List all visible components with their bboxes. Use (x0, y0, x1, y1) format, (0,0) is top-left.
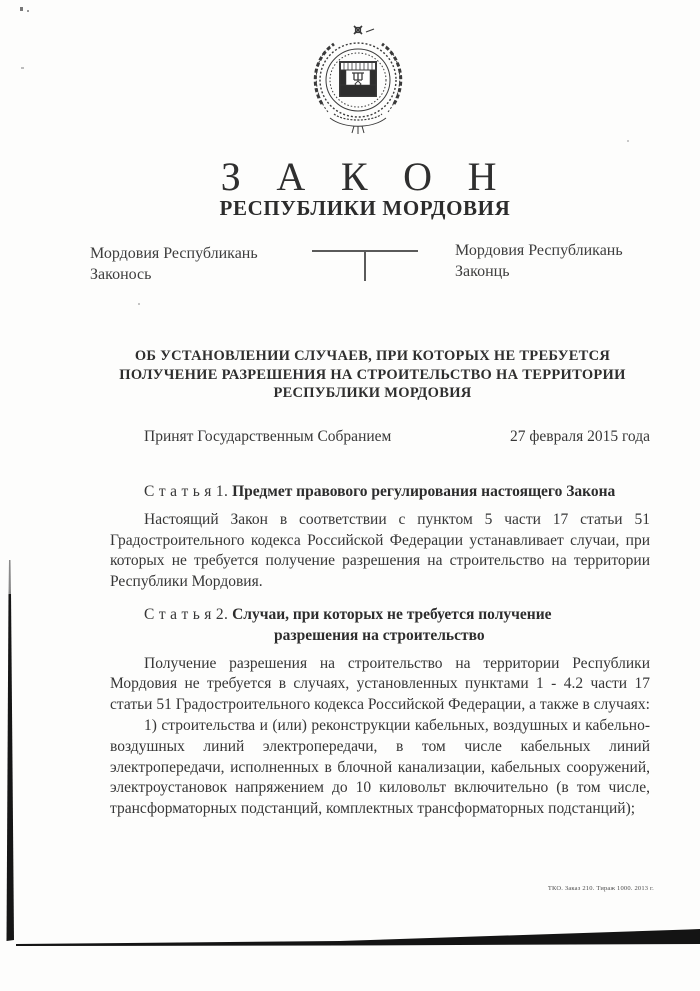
title-erzya-line1: Мордовия Республикань (90, 243, 258, 264)
header-divider-vertical (364, 251, 366, 281)
article-2-label: С т а т ь я 2. (144, 606, 228, 623)
scanned-law-document: З А К О Н РЕСПУБЛИКИ МОРДОВИЯ Мордовия Р… (0, 0, 700, 991)
law-title: ОБ УСТАНОВЛЕНИИ СЛУЧАЕВ, ПРИ КОТОРЫХ НЕ … (100, 347, 645, 403)
title-moksha-line1: Мордовия Республикань (455, 240, 623, 261)
title-erzya-line2: Законось (90, 264, 258, 285)
document-heading-republic: РЕСПУБЛИКИ МОРДОВИЯ (60, 196, 670, 221)
title-erzya: Мордовия Республикань Законось (90, 243, 258, 285)
print-order-note: ТКО. Заказ 210. Тираж 1000. 2013 г. (548, 885, 654, 892)
title-moksha: Мордовия Республикань Законць (455, 240, 623, 282)
document-body: С т а т ь я 1. Предмет правового регулир… (110, 482, 650, 820)
law-title-line2: ПОЛУЧЕНИЕ РАЗРЕШЕНИЯ НА СТРОИТЕЛЬСТВО НА… (100, 366, 645, 385)
article-2-title-line1: Случаи, при которых не требуется получен… (232, 606, 551, 623)
adoption-date: 27 февраля 2015 года (510, 428, 650, 446)
article-2-item-1: 1) строительства и (или) реконструкции к… (110, 716, 650, 820)
title-moksha-line2: Законць (455, 261, 623, 282)
adopted-by-text: Принят Государственным Собранием (144, 428, 391, 446)
adoption-row: Принят Государственным Собранием 27 февр… (110, 428, 650, 446)
article-1-heading: С т а т ь я 1. Предмет правового регулир… (110, 482, 650, 503)
article-2-intro: Получение разрешения на строительство на… (110, 654, 650, 716)
document-heading-law: З А К О Н (60, 153, 670, 200)
law-title-line1: ОБ УСТАНОВЛЕНИИ СЛУЧАЕВ, ПРИ КОТОРЫХ НЕ … (100, 347, 645, 366)
law-title-line3: РЕСПУБЛИКИ МОРДОВИЯ (100, 384, 645, 403)
article-2-title-line2: разрешения на строительство (240, 626, 650, 647)
article-1-body: Настоящий Закон в соответствии с пунктом… (110, 510, 650, 593)
mordovia-coat-of-arms-icon (300, 22, 416, 142)
article-1-title: Предмет правового регулирования настояще… (232, 483, 615, 500)
article-2-heading: С т а т ь я 2. Случаи, при которых не тр… (110, 605, 650, 647)
article-1-label: С т а т ь я 1. (144, 483, 228, 500)
